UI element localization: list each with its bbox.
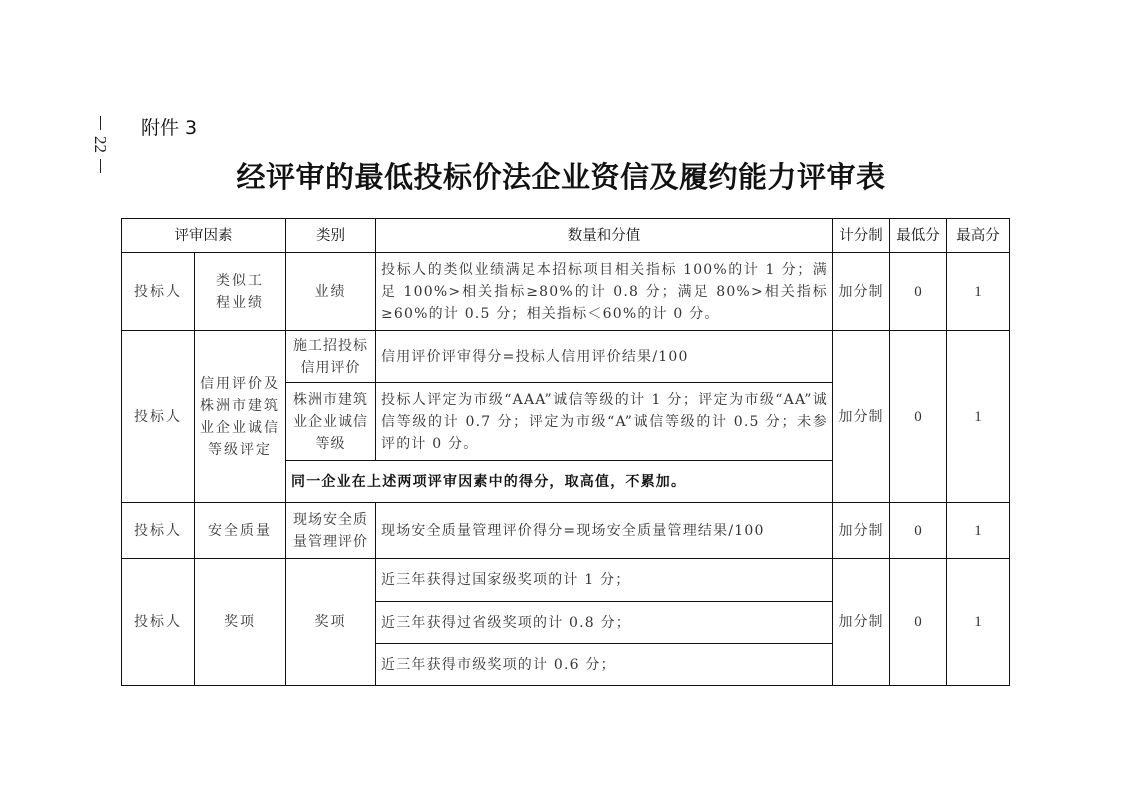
row-scoring: 加分制 xyxy=(833,559,890,686)
table-row: 投标人 类似工程业绩 业绩 投标人的类似业绩满足本招标项目相关指标 100%的计… xyxy=(122,253,1010,331)
row-max: 1 xyxy=(947,559,1010,686)
row-description: 现场安全质量管理评价得分=现场安全质量管理结果/100 xyxy=(376,503,833,559)
row-sub-factor: 信用评价及株洲市建筑业企业诚信等级评定 xyxy=(195,331,286,503)
row-category: 株洲市建筑业企业诚信等级 xyxy=(286,383,376,461)
header-max: 最高分 xyxy=(947,219,1010,253)
row-note: 同一企业在上述两项评审因素中的得分，取高值，不累加。 xyxy=(286,461,833,503)
row-category: 业绩 xyxy=(286,253,376,331)
row-factor: 投标人 xyxy=(122,253,195,331)
table-row: 投标人 安全质量 现场安全质量管理评价 现场安全质量管理评价得分=现场安全质量管… xyxy=(122,503,1010,559)
header-category: 类别 xyxy=(286,219,376,253)
row-description: 近三年获得过省级奖项的计 0.8 分； xyxy=(376,602,833,644)
row-scoring: 加分制 xyxy=(833,331,890,503)
row-description: 近三年获得过国家级奖项的计 1 分； xyxy=(376,559,833,602)
header-scoring: 计分制 xyxy=(833,219,890,253)
header-factor: 评审因素 xyxy=(122,219,286,253)
row-description: 信用评价评审得分=投标人信用评价结果/100 xyxy=(376,331,833,383)
row-sub-factor: 奖项 xyxy=(195,559,286,686)
attachment-label: 附件 3 xyxy=(141,113,197,140)
row-description: 投标人评定为市级“AAA”诚信等级的计 1 分；评定为市级“AA”诚信等级的计 … xyxy=(376,383,833,461)
row-scoring: 加分制 xyxy=(833,253,890,331)
document-title: 经评审的最低投标价法企业资信及履约能力评审表 xyxy=(0,155,1122,196)
row-factor: 投标人 xyxy=(122,559,195,686)
row-sub-factor: 类似工程业绩 xyxy=(195,253,286,331)
header-description: 数量和分值 xyxy=(376,219,833,253)
row-min: 0 xyxy=(890,253,947,331)
row-factor: 投标人 xyxy=(122,331,195,503)
row-max: 1 xyxy=(947,253,1010,331)
row-min: 0 xyxy=(890,503,947,559)
row-category: 施工招投标信用评价 xyxy=(286,331,376,383)
table-row: 投标人 奖项 奖项 近三年获得过国家级奖项的计 1 分； 加分制 0 1 xyxy=(122,559,1010,602)
page-number-text: 22 xyxy=(91,136,109,153)
page-number-dash-top xyxy=(100,116,101,130)
row-factor: 投标人 xyxy=(122,503,195,559)
row-max: 1 xyxy=(947,331,1010,503)
evaluation-table: 评审因素 类别 数量和分值 计分制 最低分 最高分 投标人 类似工程业绩 业绩 … xyxy=(121,218,1010,686)
table-row: 投标人 信用评价及株洲市建筑业企业诚信等级评定 施工招投标信用评价 信用评价评审… xyxy=(122,331,1010,383)
row-min: 0 xyxy=(890,559,947,686)
row-category: 奖项 xyxy=(286,559,376,686)
row-max: 1 xyxy=(947,503,1010,559)
row-min: 0 xyxy=(890,331,947,503)
row-sub-factor: 安全质量 xyxy=(195,503,286,559)
header-min: 最低分 xyxy=(890,219,947,253)
row-description: 近三年获得市级奖项的计 0.6 分； xyxy=(376,644,833,686)
row-description: 投标人的类似业绩满足本招标项目相关指标 100%的计 1 分；满足 100%>相… xyxy=(376,253,833,331)
row-category: 现场安全质量管理评价 xyxy=(286,503,376,559)
table-header-row: 评审因素 类别 数量和分值 计分制 最低分 最高分 xyxy=(122,219,1010,253)
row-scoring: 加分制 xyxy=(833,503,890,559)
